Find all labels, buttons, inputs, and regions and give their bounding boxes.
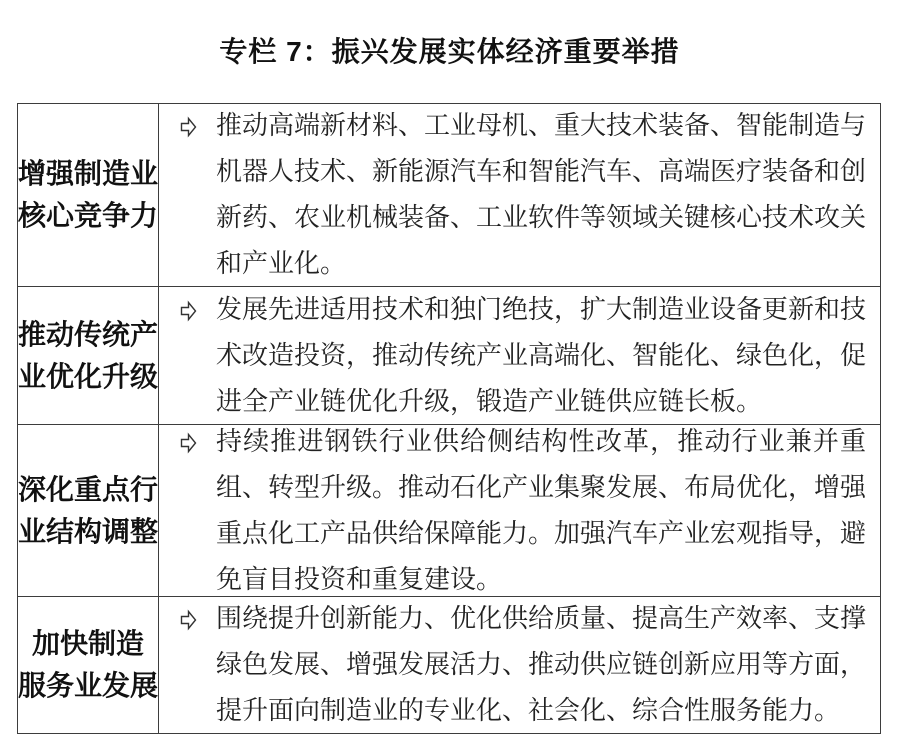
row-category-line: 服务业发展: [18, 665, 158, 707]
row-category: 深化重点行 业结构调整: [18, 425, 159, 596]
measures-table: 增强制造业 核心竞争力 推动高端新材料、工业母机、重大技术装备、智能制造与机器人…: [17, 103, 881, 734]
row-content-cell: 围绕提升创新能力、优化供给质量、提高生产效率、支撑绿色发展、增强发展活力、推动供…: [159, 597, 880, 733]
row-category: 加快制造 服务业发展: [18, 597, 159, 733]
row-category-line: 核心竞争力: [18, 195, 158, 237]
row-content-cell: 持续推进钢铁行业供给侧结构性改革，推动行业兼并重组、转型升级。推动石化产业集聚发…: [159, 425, 880, 596]
table-row: 加快制造 服务业发展 围绕提升创新能力、优化供给质量、提高生产效率、支撑绿色发展…: [18, 596, 880, 733]
row-content-cell: 推动高端新材料、工业母机、重大技术装备、智能制造与机器人技术、新能源汽车和智能汽…: [159, 104, 880, 286]
row-text: 推动高端新材料、工业母机、重大技术装备、智能制造与机器人技术、新能源汽车和智能汽…: [216, 103, 866, 287]
row-category-line: 推动传统产: [18, 314, 158, 356]
row-category-line: 加快制造: [32, 623, 144, 665]
table-row: 推动传统产 业优化升级 发展先进适用技术和独门绝技，扩大制造业设备更新和技术改造…: [18, 286, 880, 424]
row-category-line: 业结构调整: [18, 511, 158, 553]
row-text: 发展先进适用技术和独门绝技，扩大制造业设备更新和技术改造投资，推动传统产业高端化…: [216, 287, 866, 425]
row-category: 推动传统产 业优化升级: [18, 287, 159, 424]
arrow-right-outline-icon: [179, 116, 216, 138]
row-category: 增强制造业 核心竞争力: [18, 104, 159, 286]
table-row: 深化重点行 业结构调整 持续推进钢铁行业供给侧结构性改革，推动行业兼并重组、转型…: [18, 424, 880, 596]
page-title: 专栏 7：振兴发展实体经济重要举措: [0, 30, 899, 70]
table-row: 增强制造业 核心竞争力 推动高端新材料、工业母机、重大技术装备、智能制造与机器人…: [18, 104, 880, 286]
arrow-right-outline-icon: [179, 300, 216, 322]
row-category-line: 深化重点行: [18, 469, 158, 511]
row-category-line: 业优化升级: [18, 356, 158, 398]
arrow-right-outline-icon: [179, 609, 216, 631]
row-category-line: 增强制造业: [18, 153, 158, 195]
row-text: 围绕提升创新能力、优化供给质量、提高生产效率、支撑绿色发展、增强发展活力、推动供…: [216, 596, 866, 734]
arrow-right-outline-icon: [179, 432, 216, 454]
row-text: 持续推进钢铁行业供给侧结构性改革，推动行业兼并重组、转型升级。推动石化产业集聚发…: [216, 419, 866, 603]
document-page: 专栏 7：振兴发展实体经济重要举措 增强制造业 核心竞争力 推动高端新材料、工业…: [0, 0, 899, 755]
row-content-cell: 发展先进适用技术和独门绝技，扩大制造业设备更新和技术改造投资，推动传统产业高端化…: [159, 287, 880, 424]
